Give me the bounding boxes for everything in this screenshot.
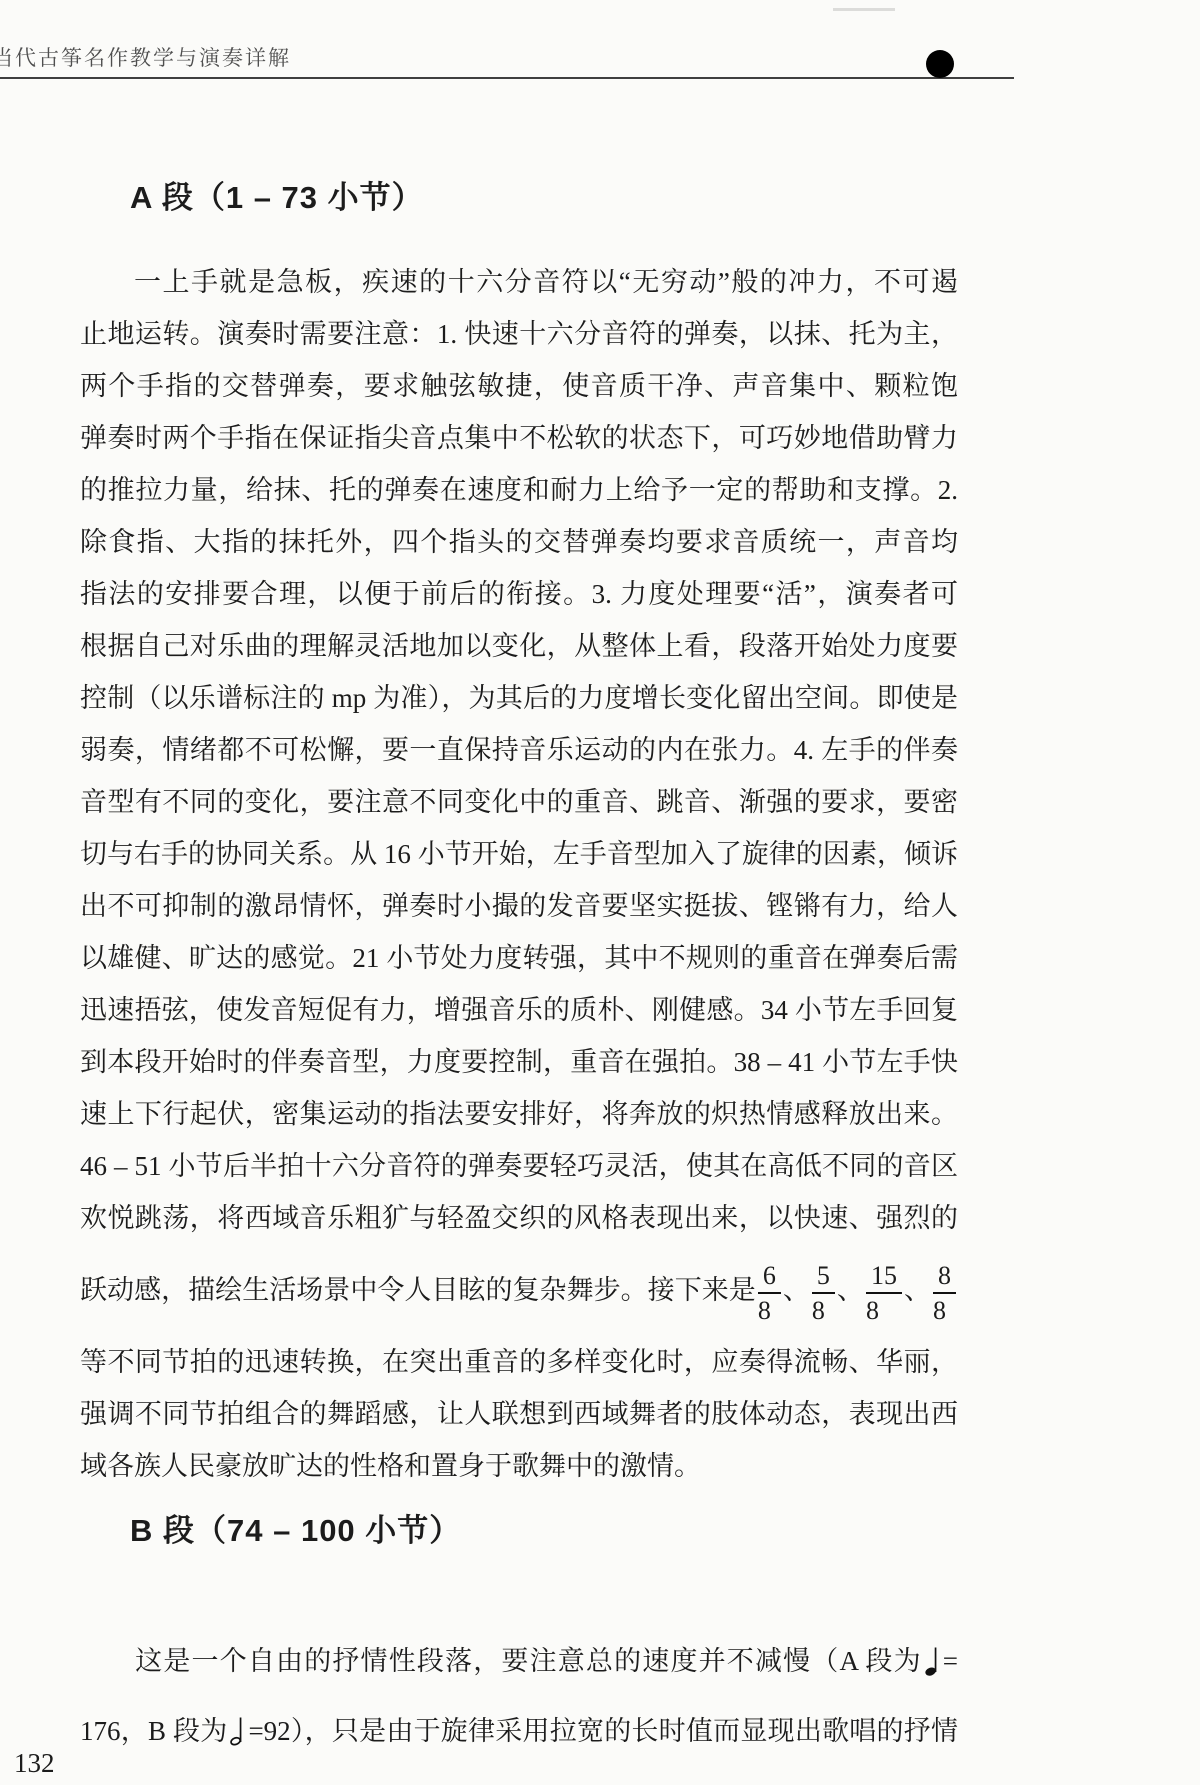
text-line: 到本段开始时的伴奏音型，力度要控制，重音在强拍。38 – 41 小节左手快	[80, 1036, 958, 1088]
text-segment: =92），只是由于旋律采用拉宽的长时值而显现出歌唱的抒情	[248, 1716, 958, 1746]
time-signature-fraction: 158	[866, 1262, 902, 1325]
page-number: 132	[14, 1748, 55, 1779]
text-line: 除食指、大指的抹托外，四个指头的交替弹奏均要求音质统一，声音均匀。	[80, 516, 958, 568]
text-line-with-note: 176，B 段为=92），只是由于旋律采用拉宽的长时值而显现出歌唱的抒情	[80, 1700, 958, 1762]
text-line: 弹奏时两个手指在保证指尖音点集中不松软的状态下，可巧妙地借助臂力	[80, 412, 958, 464]
text-line: 切与右手的协同关系。从 16 小节开始，左手音型加入了旋律的因素，倾诉	[80, 828, 958, 880]
section-a-heading: A 段（1 – 73 小节）	[130, 172, 424, 217]
text-line: 欢悦跳荡，将西域音乐粗犷与轻盈交织的风格表现出来，以快速、强烈的	[80, 1192, 958, 1244]
quarter-note-icon	[925, 1644, 940, 1677]
time-signature-fraction: 88	[933, 1262, 956, 1325]
text-line: 速上下行起伏，密集运动的指法要安排好，将奔放的炽热情感释放出来。5.	[80, 1088, 958, 1140]
section-a-paragraph: 一上手就是急板，疾速的十六分音符以“无穷动”般的冲力，不可遏 止地运转。演奏时需…	[80, 256, 958, 1492]
scan-artifact	[833, 8, 895, 11]
text-line: 出不可抑制的激昂情怀，弹奏时小撮的发音要坚实挺拔、铿锵有力，给人	[80, 880, 958, 932]
half-note-icon	[230, 1714, 245, 1747]
text-line: 弱奏，情绪都不可松懈，要一直保持音乐运动的内在张力。4. 左手的伴奏	[80, 724, 958, 776]
text-line: 控制（以乐谱标注的 mp 为准），为其后的力度增长变化留出空间。即使是	[80, 672, 958, 724]
header-rule	[0, 77, 1014, 79]
text-line: 根据自己对乐曲的理解灵活地加以变化，从整体上看，段落开始处力度要	[80, 620, 958, 672]
running-header-title: 当代古筝名作教学与演奏详解	[0, 42, 291, 72]
time-signature-fraction: 58	[812, 1262, 835, 1325]
text-line: 域各族人民豪放旷达的性格和置身于歌舞中的激情。	[80, 1440, 958, 1492]
text-line-with-time-signatures: 跃动感，描绘生活场景中令人目眩的复杂舞步。接下来是68、58、158、88	[80, 1244, 958, 1336]
black-dot-icon	[926, 50, 954, 78]
text-line-with-note: 这是一个自由的抒情性段落，要注意总的速度并不减慢（A 段为=	[80, 1630, 958, 1692]
text-line: 46 – 51 小节后半拍十六分音符的弹奏要轻巧灵活，使其在高低不同的音区	[80, 1140, 958, 1192]
section-b-heading: B 段（74 – 100 小节）	[130, 1505, 461, 1550]
text-segment: 这是一个自由的抒情性段落，要注意总的速度并不减慢（A 段为	[134, 1646, 922, 1676]
text-line: 音型有不同的变化，要注意不同变化中的重音、跳音、渐强的要求，要密	[80, 776, 958, 828]
text-segment: =	[943, 1646, 958, 1676]
text-line: 以雄健、旷达的感觉。21 小节处力度转强，其中不规则的重音在弹奏后需	[80, 932, 958, 984]
text-line: 迅速捂弦，使发音短促有力，增强音乐的质朴、刚健感。34 小节左手回复	[80, 984, 958, 1036]
text-line: 等不同节拍的迅速转换，在突出重音的多样变化时，应奏得流畅、华丽，	[80, 1336, 958, 1388]
time-signature-fraction: 68	[758, 1262, 781, 1325]
text-line: 的推拉力量，给抹、托的弹奏在速度和耐力上给予一定的帮助和支撑。2.	[80, 464, 958, 516]
text-line: 止地运转。演奏时需要注意：1. 快速十六分音符的弹奏，以抹、托为主，	[80, 308, 958, 360]
text-line: 两个手指的交替弹奏，要求触弦敏捷，使音质干净、声音集中、颗粒饱满。	[80, 360, 958, 412]
text-segment: 跃动感，描绘生活场景中令人目眩的复杂舞步。接下来是	[80, 1275, 756, 1305]
separator: 、	[783, 1275, 810, 1305]
separator: 、	[904, 1275, 931, 1305]
text-line: 一上手就是急板，疾速的十六分音符以“无穷动”般的冲力，不可遏	[80, 256, 958, 308]
text-line: 指法的安排要合理，以便于前后的衔接。3. 力度处理要“活”，演奏者可	[80, 568, 958, 620]
text-segment: 176，B 段为	[80, 1716, 227, 1746]
text-line: 强调不同节拍组合的舞蹈感，让人联想到西域舞者的肢体动态，表现出西	[80, 1388, 958, 1440]
book-page: 当代古筝名作教学与演奏详解 A 段（1 – 73 小节） 一上手就是急板，疾速的…	[0, 0, 1200, 1785]
separator: 、	[837, 1275, 864, 1305]
